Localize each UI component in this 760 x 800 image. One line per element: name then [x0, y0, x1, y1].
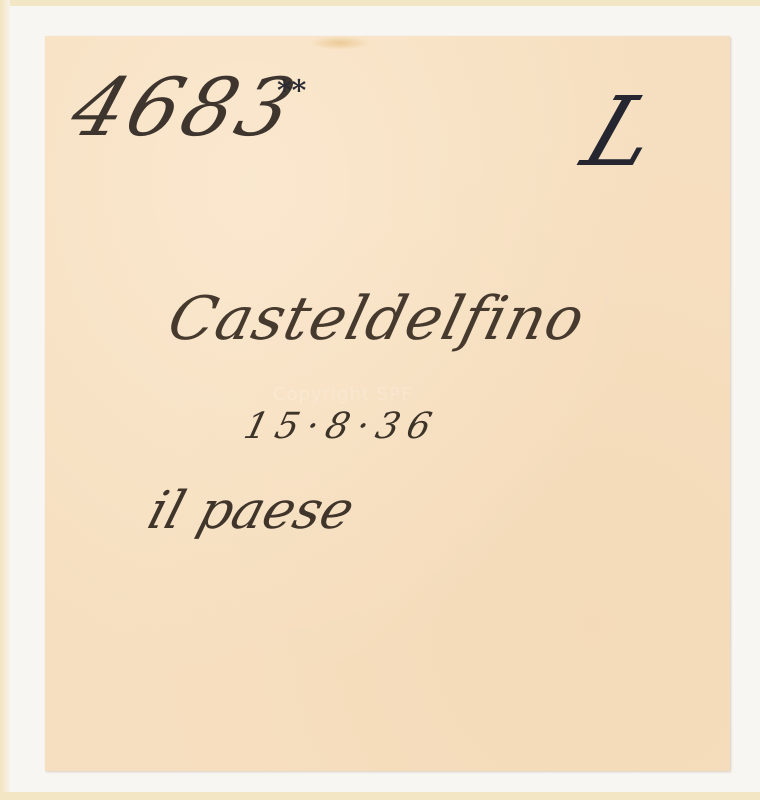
mount-edge-left: [0, 0, 10, 800]
inventory-number: 4683: [60, 61, 310, 154]
mount-edge-bottom: [0, 792, 760, 800]
corner-mark: L: [570, 76, 675, 188]
place-name: Casteldelfino: [161, 284, 592, 354]
caption: il paese: [141, 481, 361, 541]
paper-stain: [310, 36, 370, 50]
inventory-mark: **: [277, 74, 306, 107]
archival-card: 4683 ** L Casteldelfino Copyright SPF 15…: [45, 36, 730, 771]
date: 15·8·36: [240, 406, 444, 447]
watermark: Copyright SPF: [273, 384, 412, 405]
